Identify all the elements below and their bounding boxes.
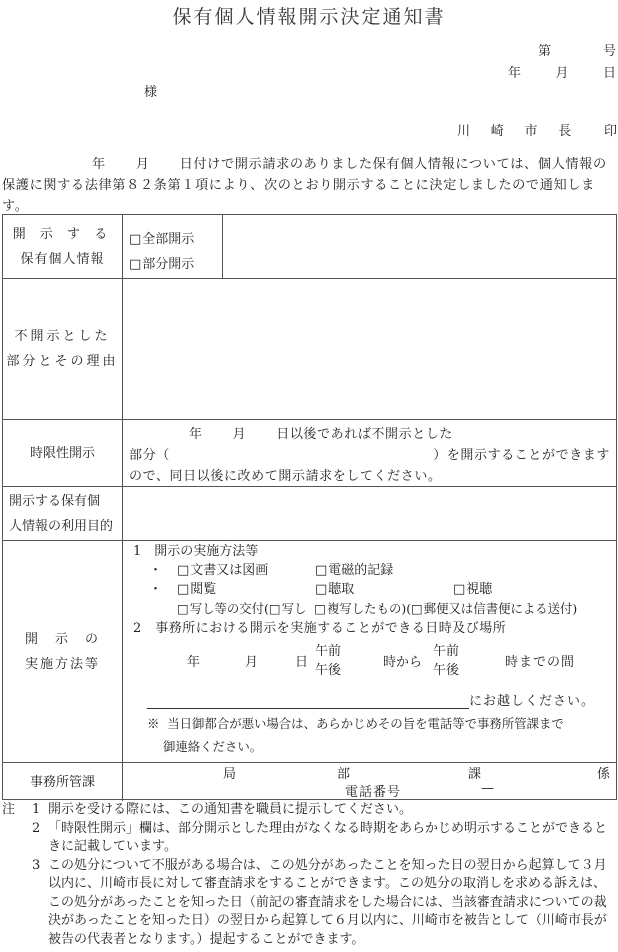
intro-month: 月	[136, 157, 150, 172]
issuer-char: 川	[457, 120, 470, 139]
notes-section: 注 1開示を受ける際には、この通知書を職員に提示してください。 2「時限性開示」…	[0, 801, 618, 949]
section-2-heading: 2 事務所における開示を実施することができる日時及び場所	[133, 619, 612, 638]
place-row: にお越しください。	[133, 690, 612, 714]
row-nondisclosure-reason: 不開示とした 部分とその理由	[3, 279, 616, 420]
issuer-char: 崎	[491, 120, 504, 139]
label-usage-purpose: 開示する保有個 人情報の利用目的	[3, 487, 123, 540]
checkbox-document[interactable]: 文書又は図画	[177, 561, 268, 580]
method-row: ・ 閲覧 聴取 視聴	[133, 580, 612, 599]
checkbox-audiovisual[interactable]: 視聴	[453, 580, 492, 599]
am-label: 午前	[433, 642, 459, 661]
issue-date: 年 月 日	[508, 62, 616, 81]
document-number: 第 号	[538, 40, 616, 59]
intro-paragraph: 年月日付けで開示請求のありました保有個人情報については、個人情報の保護に関する法…	[2, 154, 616, 217]
timed-year: 年	[189, 427, 203, 442]
intro-year: 年	[92, 157, 106, 172]
dt-until: 時までの間	[505, 653, 575, 672]
issuer-char: 市	[524, 120, 537, 139]
number-suffix: 号	[603, 40, 616, 59]
nondisclosure-reason-field[interactable]	[123, 279, 616, 419]
office-department-cell: 局 部 課 係 電話番号 —	[123, 763, 616, 801]
phone-dash: —	[481, 781, 494, 796]
number-prefix: 第	[538, 40, 551, 59]
ampm-start[interactable]: 午前午後	[315, 642, 341, 680]
am-label: 午前	[315, 642, 341, 661]
disclosed-info-field[interactable]	[223, 215, 616, 278]
timed-text: 日以後であれば不開示とした	[276, 427, 453, 442]
note-item: 3この処分について不服がある場合は、この処分があったことを知った日の翌日から起算…	[0, 857, 618, 950]
date-day: 日	[603, 62, 616, 81]
note-text: この処分について不服がある場合は、この処分があったことを知った日の翌日から起算し…	[48, 858, 607, 947]
note-number: 1	[32, 801, 40, 820]
note-line: 御連絡ください。	[133, 737, 612, 756]
label-line: 不開示とした	[14, 324, 110, 349]
pm-label: 午後	[315, 661, 341, 680]
place-input-line[interactable]	[147, 694, 469, 709]
date-year: 年	[508, 62, 521, 81]
row-office-department: 事務所管課 局 部 課 係 電話番号 —	[3, 763, 616, 801]
label-line: 部分とその理由	[6, 349, 118, 374]
label-line: 人情報の利用目的	[9, 514, 113, 539]
label-line: 開 示 の	[25, 627, 100, 652]
bullet: ・	[149, 561, 162, 580]
note-item: 2「時限性開示」欄は、部分開示とした理由がなくなる時期をあらかじめ明示することが…	[0, 820, 618, 857]
seal-mark: 印	[604, 120, 617, 139]
label-timed-disclosure: 時限性開示	[3, 420, 123, 486]
note-line: 当日御都合が悪い場合は、あらかじめその旨を電話等で事務所管課まで	[167, 716, 564, 731]
timed-month: 月	[233, 427, 247, 442]
label-line: 実施方法等	[25, 652, 100, 677]
copy-row: 写し等の交付(写し 複写したもの)(郵便又は信書便による送付)	[133, 599, 612, 618]
dt-day: 日	[295, 653, 308, 672]
decision-table: 開 示 す る 保有個人情報 全部開示 部分開示 不開示とした 部分とその理由 …	[2, 214, 617, 800]
date-month: 月	[555, 62, 568, 81]
checkbox-copy[interactable]: 写し	[269, 601, 307, 616]
label-nondisclosure-reason: 不開示とした 部分とその理由	[3, 279, 123, 419]
label-disclosed-info: 開 示 す る 保有個人情報	[3, 215, 123, 278]
addressee-suffix: 様	[144, 81, 157, 100]
timed-part-close: ）を開示することができます	[433, 445, 610, 466]
note-number: 3	[32, 857, 40, 876]
document-title: 保有個人情報開示決定通知書	[0, 2, 618, 29]
ampm-end[interactable]: 午前午後	[433, 642, 459, 680]
label-line: 開 示 す る	[13, 222, 112, 247]
row-timed-disclosure: 時限性開示 年月日以後であれば不開示とした 部分（）を開示することができます の…	[3, 420, 616, 487]
label-implementation-method: 開 示 の 実施方法等	[3, 541, 123, 762]
visit-text: にお越しください。	[469, 692, 595, 711]
usage-purpose-field[interactable]	[123, 487, 616, 540]
row-implementation-method: 開 示 の 実施方法等 1 開示の実施方法等 ・ 文書又は図画 電磁的記録 ・ …	[3, 541, 616, 763]
note-mark: ※	[147, 716, 159, 731]
row-disclosed-info: 開 示 す る 保有個人情報 全部開示 部分開示	[3, 215, 616, 279]
section-1-heading: 1 開示の実施方法等	[133, 542, 612, 561]
timed-part-open: 部分（	[129, 445, 170, 466]
checkbox-mail-delivery[interactable]: 郵便又は信書便による送付)	[411, 601, 577, 616]
note-text: 「時限性開示」欄は、部分開示とした理由がなくなる時期をあらかじめ明示することがで…	[48, 821, 607, 855]
checkbox-copy-delivery[interactable]: 写し等の交付(	[177, 601, 269, 616]
note-text: 開示を受ける際には、この通知書を職員に提示してください。	[48, 802, 412, 817]
note-item: 1開示を受ける際には、この通知書を職員に提示してください。	[0, 801, 618, 820]
checkbox-partial-disclosure[interactable]: 部分開示	[129, 252, 222, 277]
phone-label: 電話番号	[345, 781, 401, 800]
implementation-cell: 1 開示の実施方法等 ・ 文書又は図画 電磁的記録 ・ 閲覧 聴取 視聴 写し等…	[123, 541, 616, 762]
unit-section: 課	[468, 763, 481, 782]
disclosure-type-cell: 全部開示 部分開示	[123, 215, 223, 278]
label-line: 開示する保有個	[9, 489, 100, 514]
checkbox-full-disclosure[interactable]: 全部開示	[129, 227, 222, 252]
timed-instruction: ので、同日以後に改めて開示請求をしてください。	[129, 466, 610, 487]
row-usage-purpose: 開示する保有個 人情報の利用目的	[3, 487, 616, 541]
bullet: ・	[149, 580, 162, 599]
dt-month: 月	[245, 653, 258, 672]
checkbox-electronic-record[interactable]: 電磁的記録	[315, 561, 393, 580]
issuer-char: 長	[558, 120, 571, 139]
datetime-row: 年 月 日 午前午後 時から 午前午後 時までの間	[133, 640, 612, 684]
unit-division: 部	[337, 763, 350, 782]
checkbox-listening[interactable]: 聴取	[315, 580, 354, 599]
issuer: 川 崎 市 長 印	[457, 120, 617, 139]
dt-from: 時から	[383, 653, 422, 672]
pm-label: 午後	[433, 661, 459, 680]
unit-subsection: 係	[597, 763, 610, 782]
label-line: 保有個人情報	[20, 247, 104, 272]
checkbox-duplicate[interactable]: 複写したもの)(	[314, 601, 411, 616]
checkbox-viewing[interactable]: 閲覧	[177, 580, 216, 599]
dt-year: 年	[187, 653, 200, 672]
note-number: 2	[32, 820, 40, 839]
contact-note: ※ 当日御都合が悪い場合は、あらかじめその旨を電話等で事務所管課まで	[133, 714, 612, 733]
timed-disclosure-cell: 年月日以後であれば不開示とした 部分（）を開示することができます ので、同日以後…	[123, 420, 616, 490]
unit-bureau: 局	[223, 763, 236, 782]
media-row: ・ 文書又は図画 電磁的記録	[133, 561, 612, 580]
label-office-department: 事務所管課	[3, 763, 123, 801]
